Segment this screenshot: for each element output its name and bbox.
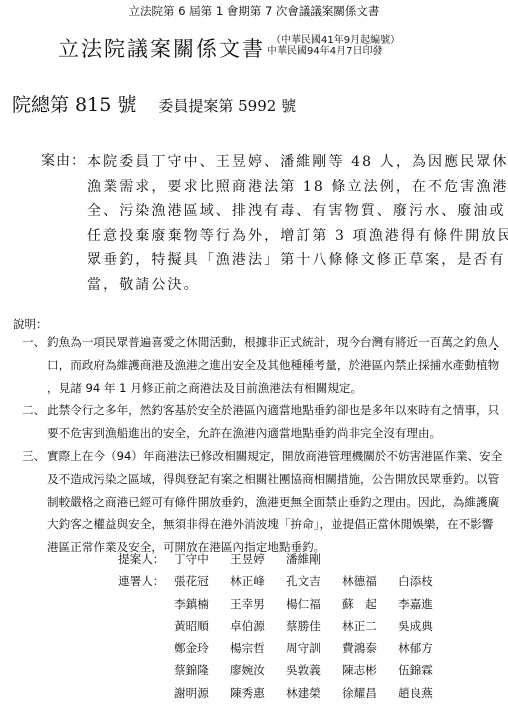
cosigners-label: 連署人： bbox=[118, 573, 174, 595]
reason-line: 眾垂釣，特擬具「漁港法」第十八條條文修正草案，是否有 bbox=[87, 248, 502, 273]
signer-name: 廖婉汝 bbox=[230, 662, 286, 684]
reason-line: 當，敬請公決。 bbox=[87, 273, 502, 298]
signer-name: 楊仁福 bbox=[286, 596, 342, 618]
explanation-line: 要不危害到漁船進出的安全，允許在漁港內適當地點垂釣尚非完全沒有理由。 bbox=[47, 422, 502, 445]
explanation-line: 實際上在今（94）年商港法已修改相關規定，開放商港管理機關於不妨害港區作業、安全 bbox=[47, 445, 502, 468]
signer-name: 蔡錦隆 bbox=[174, 662, 230, 684]
proposers-label: 提案人： bbox=[118, 551, 174, 573]
running-header: 立法院第 6 屆第 1 會期第 7 次會議議案關係文書 bbox=[0, 3, 508, 19]
signer-name: 費鴻泰 bbox=[342, 640, 398, 662]
explanation-item-3: 三、 實際上在今（94）年商港法已修改相關規定，開放商港管理機關於不妨害港區作業… bbox=[22, 445, 502, 559]
signer-name: 王昱婷 bbox=[230, 551, 286, 573]
explanation-item-1: 一、 釣魚為一項民眾普遍喜愛之休閒活動，根據非正式統計，現今台灣有將近一百萬之釣… bbox=[22, 331, 502, 399]
cosigners-row: 李鎮楠 王幸男 楊仁福 蘇 起 李嘉進 bbox=[118, 596, 454, 618]
signer-name: 蔡勝佳 bbox=[286, 618, 342, 640]
signer-name: 林建榮 bbox=[286, 685, 342, 707]
explanation-line: 此禁令行之多年，然釣客基於安全於港區內適當地點垂釣卻也是多年以來時有之情事，只 bbox=[47, 399, 502, 422]
signer-name: 林正二 bbox=[342, 618, 398, 640]
signer-name: 周守訓 bbox=[286, 640, 342, 662]
item-number: 三、 bbox=[22, 445, 45, 468]
cosigners-row: 連署人： 張花冠 林正峰 孔文吉 林德福 白添枝 bbox=[118, 573, 454, 595]
signer-name: 林正峰 bbox=[230, 573, 286, 595]
signer-name: 黃昭順 bbox=[174, 618, 230, 640]
explanation-line: ，見諸 94 年 1 月修正前之商港法及目前漁港法有相關規定。 bbox=[47, 377, 502, 400]
reason-line: 全、污染漁港區域、排洩有毒、有害物質、廢污水、廢油或 bbox=[87, 199, 502, 224]
signer-name: 陳志彬 bbox=[342, 662, 398, 684]
signer-name: 趙良燕 bbox=[398, 685, 454, 707]
item-number: 一、 bbox=[22, 331, 45, 354]
explanation-line: 及不造成污染之區域，得與登記有案之相關社團協商相關措施，公告開放民眾垂釣。以管 bbox=[47, 468, 502, 491]
explanation-line: 口，而政府為維護商港及漁港之進出安全及其他種種考量，於港區內禁止採捕水產動植物 bbox=[47, 354, 502, 377]
signer-name: 丁守中 bbox=[174, 551, 230, 573]
proposers-row: 提案人： 丁守中 王昱婷 潘維剛 bbox=[118, 551, 454, 573]
proposal-number: 委員提案第 5992 號 bbox=[158, 97, 296, 115]
explanation-body: 一、 釣魚為一項民眾普遍喜愛之休閒活動，根據非正式統計，現今台灣有將近一百萬之釣… bbox=[22, 331, 502, 559]
signer-name: 林郁方 bbox=[398, 640, 454, 662]
signer-name: 楊宗哲 bbox=[230, 640, 286, 662]
cosigners-row: 蔡錦隆 廖婉汝 吳敦義 陳志彬 伍錦霖 bbox=[118, 662, 454, 684]
signer-name: 蘇 起 bbox=[342, 596, 398, 618]
explanation-line: 制較嚴格之商港已經可有條件開放垂釣，漁港更無全面禁止垂釣之理由。因此，為維護廣 bbox=[47, 491, 502, 514]
print-date: 中華民國94年4月7日印發 bbox=[267, 46, 400, 57]
cosigners-row: 鄭金玲 楊宗哲 周守訓 費鴻泰 林郁方 bbox=[118, 640, 454, 662]
stray-mark bbox=[494, 348, 496, 350]
explanation-label: 說明： bbox=[13, 316, 48, 332]
reason-body: 本院委員丁守中、王昱婷、潘維剛等 48 人，為因應民眾休閒 漁業需求，要求比照商… bbox=[87, 150, 502, 298]
cosigners-row: 謝明源 陳秀惠 林建榮 徐耀昌 趙良燕 bbox=[118, 685, 454, 707]
signer-name: 吳敦義 bbox=[286, 662, 342, 684]
signer-name: 陳秀惠 bbox=[230, 685, 286, 707]
document-numbers: 院總第 815 號委員提案第 5992 號 bbox=[12, 90, 296, 117]
signer-name: 潘維剛 bbox=[286, 551, 342, 573]
signer-name: 李嘉進 bbox=[398, 596, 454, 618]
reason-line: 漁業需求，要求比照商港法第 18 條立法例，在不危害漁港安 bbox=[87, 175, 502, 200]
signer-name: 謝明源 bbox=[174, 685, 230, 707]
numbering-since: （中華民國41年9月起編號） bbox=[267, 35, 400, 46]
explanation-line: 大釣客之權益與安全，無須非得在港外消波塊「拚命」，並提倡正當休閒娛樂，在不影響 bbox=[47, 513, 502, 536]
signer-name: 徐耀昌 bbox=[342, 685, 398, 707]
reason-line: 本院委員丁守中、王昱婷、潘維剛等 48 人，為因應民眾休閒 bbox=[87, 150, 502, 175]
signer-name: 王幸男 bbox=[230, 596, 286, 618]
signer-name: 張花冠 bbox=[174, 573, 230, 595]
signer-name: 伍錦霖 bbox=[398, 662, 454, 684]
signer-name: 吳成典 bbox=[398, 618, 454, 640]
signer-name: 李鎮楠 bbox=[174, 596, 230, 618]
title-meta: （中華民國41年9月起編號） 中華民國94年4月7日印發 bbox=[267, 35, 400, 57]
cosigners-row: 黃昭順 卓伯源 蔡勝佳 林正二 吳成典 bbox=[118, 618, 454, 640]
reason-label: 案由： bbox=[41, 150, 86, 170]
signer-name: 白添枝 bbox=[398, 573, 454, 595]
item-number: 二、 bbox=[22, 399, 45, 422]
signer-name: 林德福 bbox=[342, 573, 398, 595]
explanation-item-2: 二、 此禁令行之多年，然釣客基於安全於港區內適當地點垂釣卻也是多年以來時有之情事… bbox=[22, 399, 502, 445]
reason-line: 任意投棄廢棄物等行為外，增訂第 3 項漁港得有條件開放民 bbox=[87, 224, 502, 249]
signer-name: 卓伯源 bbox=[230, 618, 286, 640]
signer-name: 孔文吉 bbox=[286, 573, 342, 595]
general-number: 院總第 815 號 bbox=[12, 94, 136, 116]
document-title: 立法院議案關係文書 bbox=[58, 33, 265, 63]
signers-block: 提案人： 丁守中 王昱婷 潘維剛 連署人： 張花冠 林正峰 孔文吉 林德福 白添… bbox=[118, 551, 454, 707]
explanation-line: 釣魚為一項民眾普遍喜愛之休閒活動，根據非正式統計，現今台灣有將近一百萬之釣魚人 bbox=[47, 331, 502, 354]
signer-name: 鄭金玲 bbox=[174, 640, 230, 662]
